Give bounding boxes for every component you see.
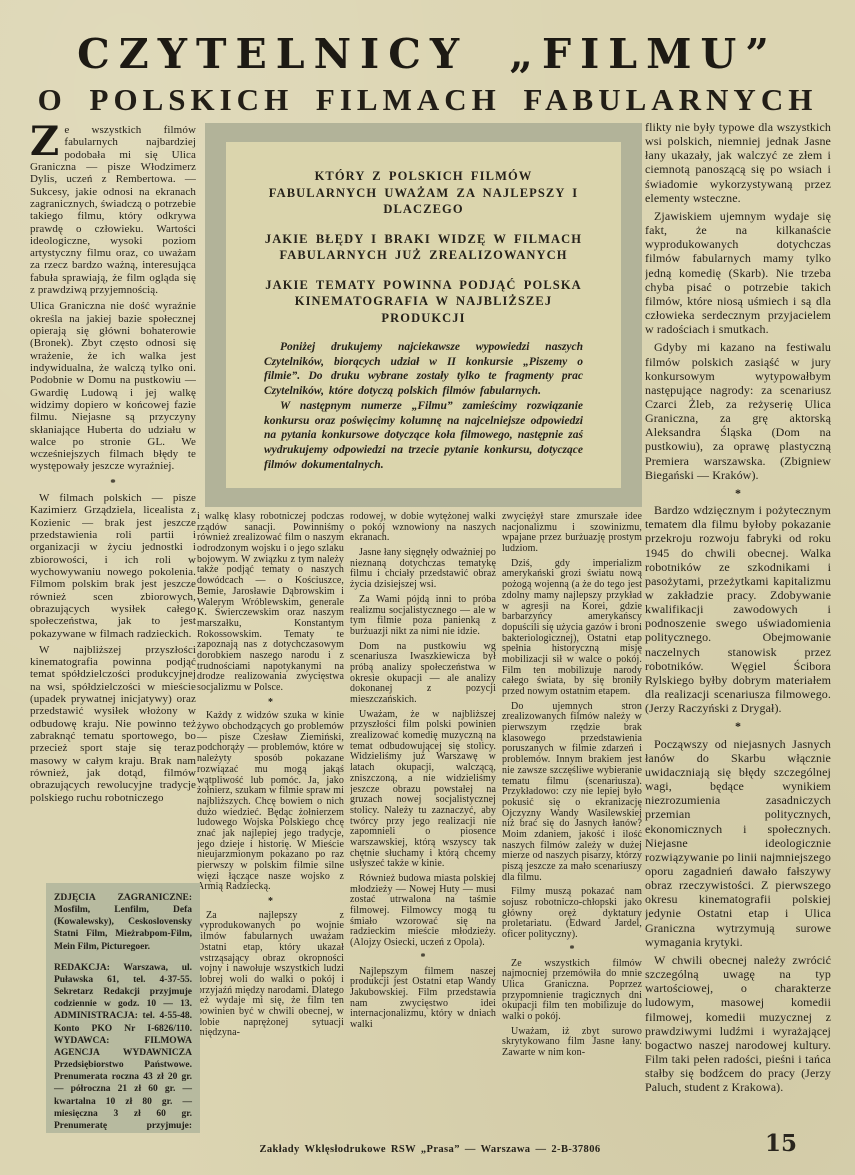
masthead: CZYTELNICY „FILMU” O POLSKICH FILMACH FA… — [0, 34, 855, 115]
contest-question: KTÓRY Z POLSKICH FILMÓW FABULARNYCH UWAŻ… — [264, 168, 583, 218]
contest-question: JAKIE BŁĘDY I BRAKI WIDZĘ W FILMACH FABU… — [264, 231, 583, 264]
paragraph: Uważam, iż zbyt surowo skrytykowano film… — [502, 1027, 642, 1059]
paragraph: Filmy muszą pokazać nam sojusz robotnicz… — [502, 887, 642, 940]
paragraph: Gdyby mi kazano na festiwalu filmów pols… — [645, 340, 831, 482]
contest-questions-panel: KTÓRY Z POLSKICH FILMÓW FABULARNYCH UWAŻ… — [226, 142, 621, 488]
foreign-photos-credit: ZDJĘCIA ZAGRANICZNE: Mosfilm, Lenfilm, D… — [54, 892, 192, 953]
page-title: CZYTELNICY „FILMU” — [0, 34, 855, 75]
star-separator: * — [350, 953, 496, 964]
star-separator: * — [645, 486, 831, 500]
paragraph: flikty nie były typowe dla wszystkich ws… — [645, 120, 831, 205]
contest-intro-paragraph: Poniżej drukujemy najciekawsze wypowiedz… — [264, 340, 583, 399]
paragraph: Ulica Graniczna nie dość wyraźnie określ… — [30, 300, 196, 472]
paragraph: Do ujemnych stron zrealizowanych filmów … — [502, 702, 642, 884]
imprint-box: ZDJĘCIA ZAGRANICZNE: Mosfilm, Lenfilm, D… — [46, 883, 200, 1133]
paragraph: Uważam, że w najbliższej przyszłości fil… — [350, 710, 496, 870]
column-1-paragraphs: Ulica Graniczna nie dość wyraźnie określ… — [30, 300, 196, 804]
paragraph: Bardzo wdzięcznym i pożytecznym tematem … — [645, 503, 831, 715]
paragraph: Dziś, gdy imperializm amerykański grozi … — [502, 559, 642, 698]
paragraph: Jasne łany sięgnęły odważniej po nieznan… — [350, 548, 496, 591]
imprint-text: REDAKCJA: Warszawa, ul. Puławska 61, tel… — [54, 962, 192, 1133]
body-column-5: flikty nie były typowe dla wszystkich ws… — [645, 120, 831, 1136]
contest-question-list: KTÓRY Z POLSKICH FILMÓW FABULARNYCH UWAŻ… — [264, 168, 583, 326]
paragraph: W filmach polskich — pisze Kazimierz Grz… — [30, 492, 196, 640]
star-separator: * — [197, 897, 344, 908]
paragraph: Ze wszystkich filmów najmocniej przemówi… — [502, 959, 642, 1023]
paragraph: Za najlepszy z wyprodukowanych po wojnie… — [197, 911, 344, 1039]
printer-line: Zakłady Wklęsłodrukowe RSW „Prasa” — War… — [150, 1144, 710, 1155]
paragraph: rodowej, w dobie wytężonej walki o pokój… — [350, 512, 496, 544]
contest-intro-paragraph: W następnym numerze „Filmu” zamieścimy r… — [264, 399, 583, 473]
contest-intro: Poniżej drukujemy najciekawsze wypowiedz… — [264, 340, 583, 472]
lead-paragraph: Ze wszystkich filmów fabularnych najbard… — [30, 124, 196, 296]
page-number: 15 — [765, 1130, 797, 1157]
body-column-2: i walkę klasy robotniczej podczas rządów… — [197, 512, 344, 1142]
paragraph: Najlepszym filmem naszej produkcji jest … — [350, 967, 496, 1031]
paragraph: Począwszy od niejasnych Jasnych łanów do… — [645, 737, 831, 949]
paragraph: Dom na pustkowiu wg scenariusza Iwaszkie… — [350, 642, 496, 706]
magazine-page: CZYTELNICY „FILMU” O POLSKICH FILMACH FA… — [0, 0, 855, 1175]
paragraph: Zjawiskiem ujemnym wydaje się fakt, że n… — [645, 209, 831, 336]
paragraph: Również budowa miasta polskiej młodzieży… — [350, 874, 496, 949]
paragraph: W najbliższej przyszłości kinematografia… — [30, 644, 196, 804]
contest-questions-box: KTÓRY Z POLSKICH FILMÓW FABULARNYCH UWAŻ… — [205, 123, 642, 507]
star-separator: * — [197, 698, 344, 709]
paragraph: W chwili obecnej należy zwrócić szczegól… — [645, 953, 831, 1095]
star-separator: * — [645, 719, 831, 733]
star-separator: * — [30, 477, 196, 489]
dropcap-letter: Z — [30, 124, 64, 159]
star-separator: * — [502, 945, 642, 956]
paragraph: Każdy z widzów szuka w kinie żywo obchod… — [197, 711, 344, 893]
body-column-1: Ze wszystkich filmów fabularnych najbard… — [30, 124, 196, 880]
page-subtitle: O POLSKICH FILMACH FABULARNYCH — [0, 84, 855, 115]
paragraph: Za Wami pójdą inni to próba realizmu soc… — [350, 595, 496, 638]
paragraph: zwyciężył stare zmurszałe idee nacjonali… — [502, 512, 642, 555]
contest-question: JAKIE TEMATY POWINNA PODJĄĆ POLSKA KINEM… — [264, 277, 583, 327]
paragraph: i walkę klasy robotniczej podczas rządów… — [197, 512, 344, 694]
body-column-4: zwyciężył stare zmurszałe idee nacjonali… — [502, 512, 642, 1142]
body-column-3: rodowej, w dobie wytężonej walki o pokój… — [350, 512, 496, 1142]
